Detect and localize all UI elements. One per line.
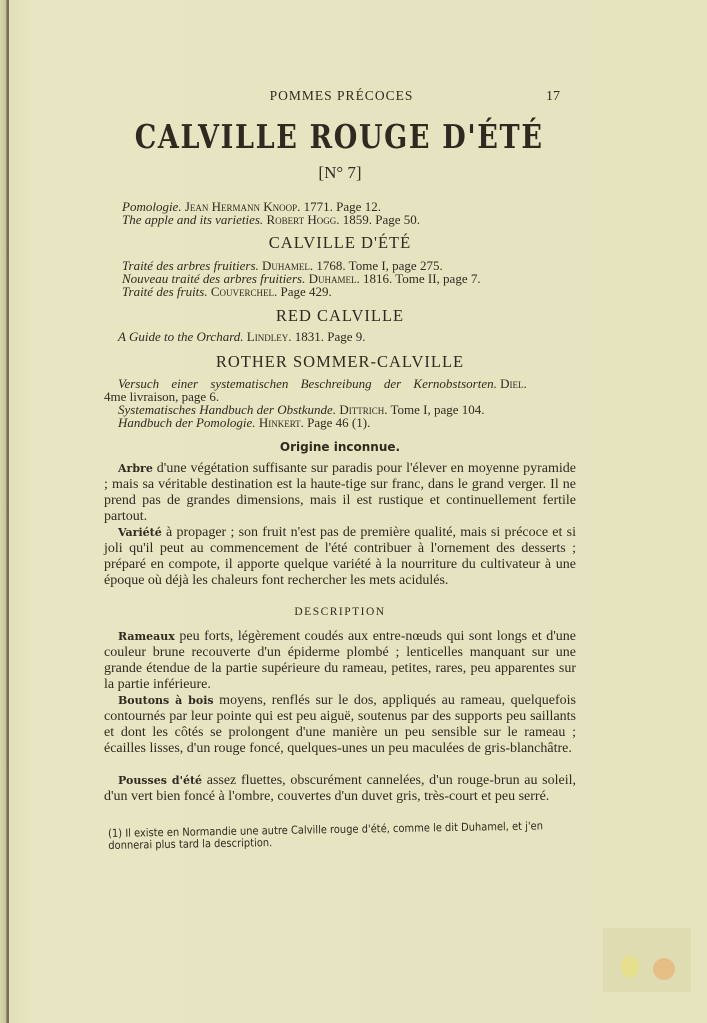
synonym-heading: CALVILLE D'ÉTÉ — [0, 233, 680, 253]
paragraph-arbre: Arbre d'une végétation suffisante sur pa… — [104, 461, 576, 525]
origin-heading: Origine inconnue. — [0, 440, 680, 454]
paragraph-pousses: Pousses d'été assez fluettes, obscurémen… — [104, 773, 576, 805]
reference-line: Traité des fruits. Couverchel. Page 429. — [122, 285, 332, 299]
synonym-heading: RED CALVILLE — [0, 306, 680, 326]
paragraph-boutons: Boutons à bois moyens, renflés sur le do… — [104, 693, 576, 757]
synonym-heading: ROTHER SOMMER-CALVILLE — [0, 352, 680, 372]
running-head: POMMES PRÉCOCES — [0, 88, 707, 104]
book-page: POMMES PRÉCOCES 17 CALVILLE ROUGE D'ÉTÉ … — [0, 0, 707, 1023]
paragraph-variete: Variété à propager ; son fruit n'est pas… — [104, 525, 576, 589]
page-binding-edge — [7, 0, 9, 1023]
apple-icon — [621, 956, 639, 978]
variety-number: [N° 7] — [0, 163, 680, 183]
footnote: (1) Il existe en Normandie une autre Cal… — [108, 820, 578, 852]
reference-line: The apple and its varieties. Robert Hogg… — [122, 213, 420, 227]
reference-line: Handbuch der Pomologie. Hinkert. Page 46… — [118, 416, 370, 430]
reference-line: A Guide to the Orchard. Lindley. 1831. P… — [118, 330, 366, 344]
description-heading: DESCRIPTION — [0, 606, 680, 618]
page-title: CALVILLE ROUGE D'ÉTÉ — [61, 117, 617, 156]
paragraph-rameaux: Rameaux peu forts, légèrement coudés aux… — [104, 629, 576, 693]
fruit-illustration-faint — [603, 928, 691, 992]
apple-icon — [653, 958, 675, 980]
page-number: 17 — [546, 89, 560, 105]
